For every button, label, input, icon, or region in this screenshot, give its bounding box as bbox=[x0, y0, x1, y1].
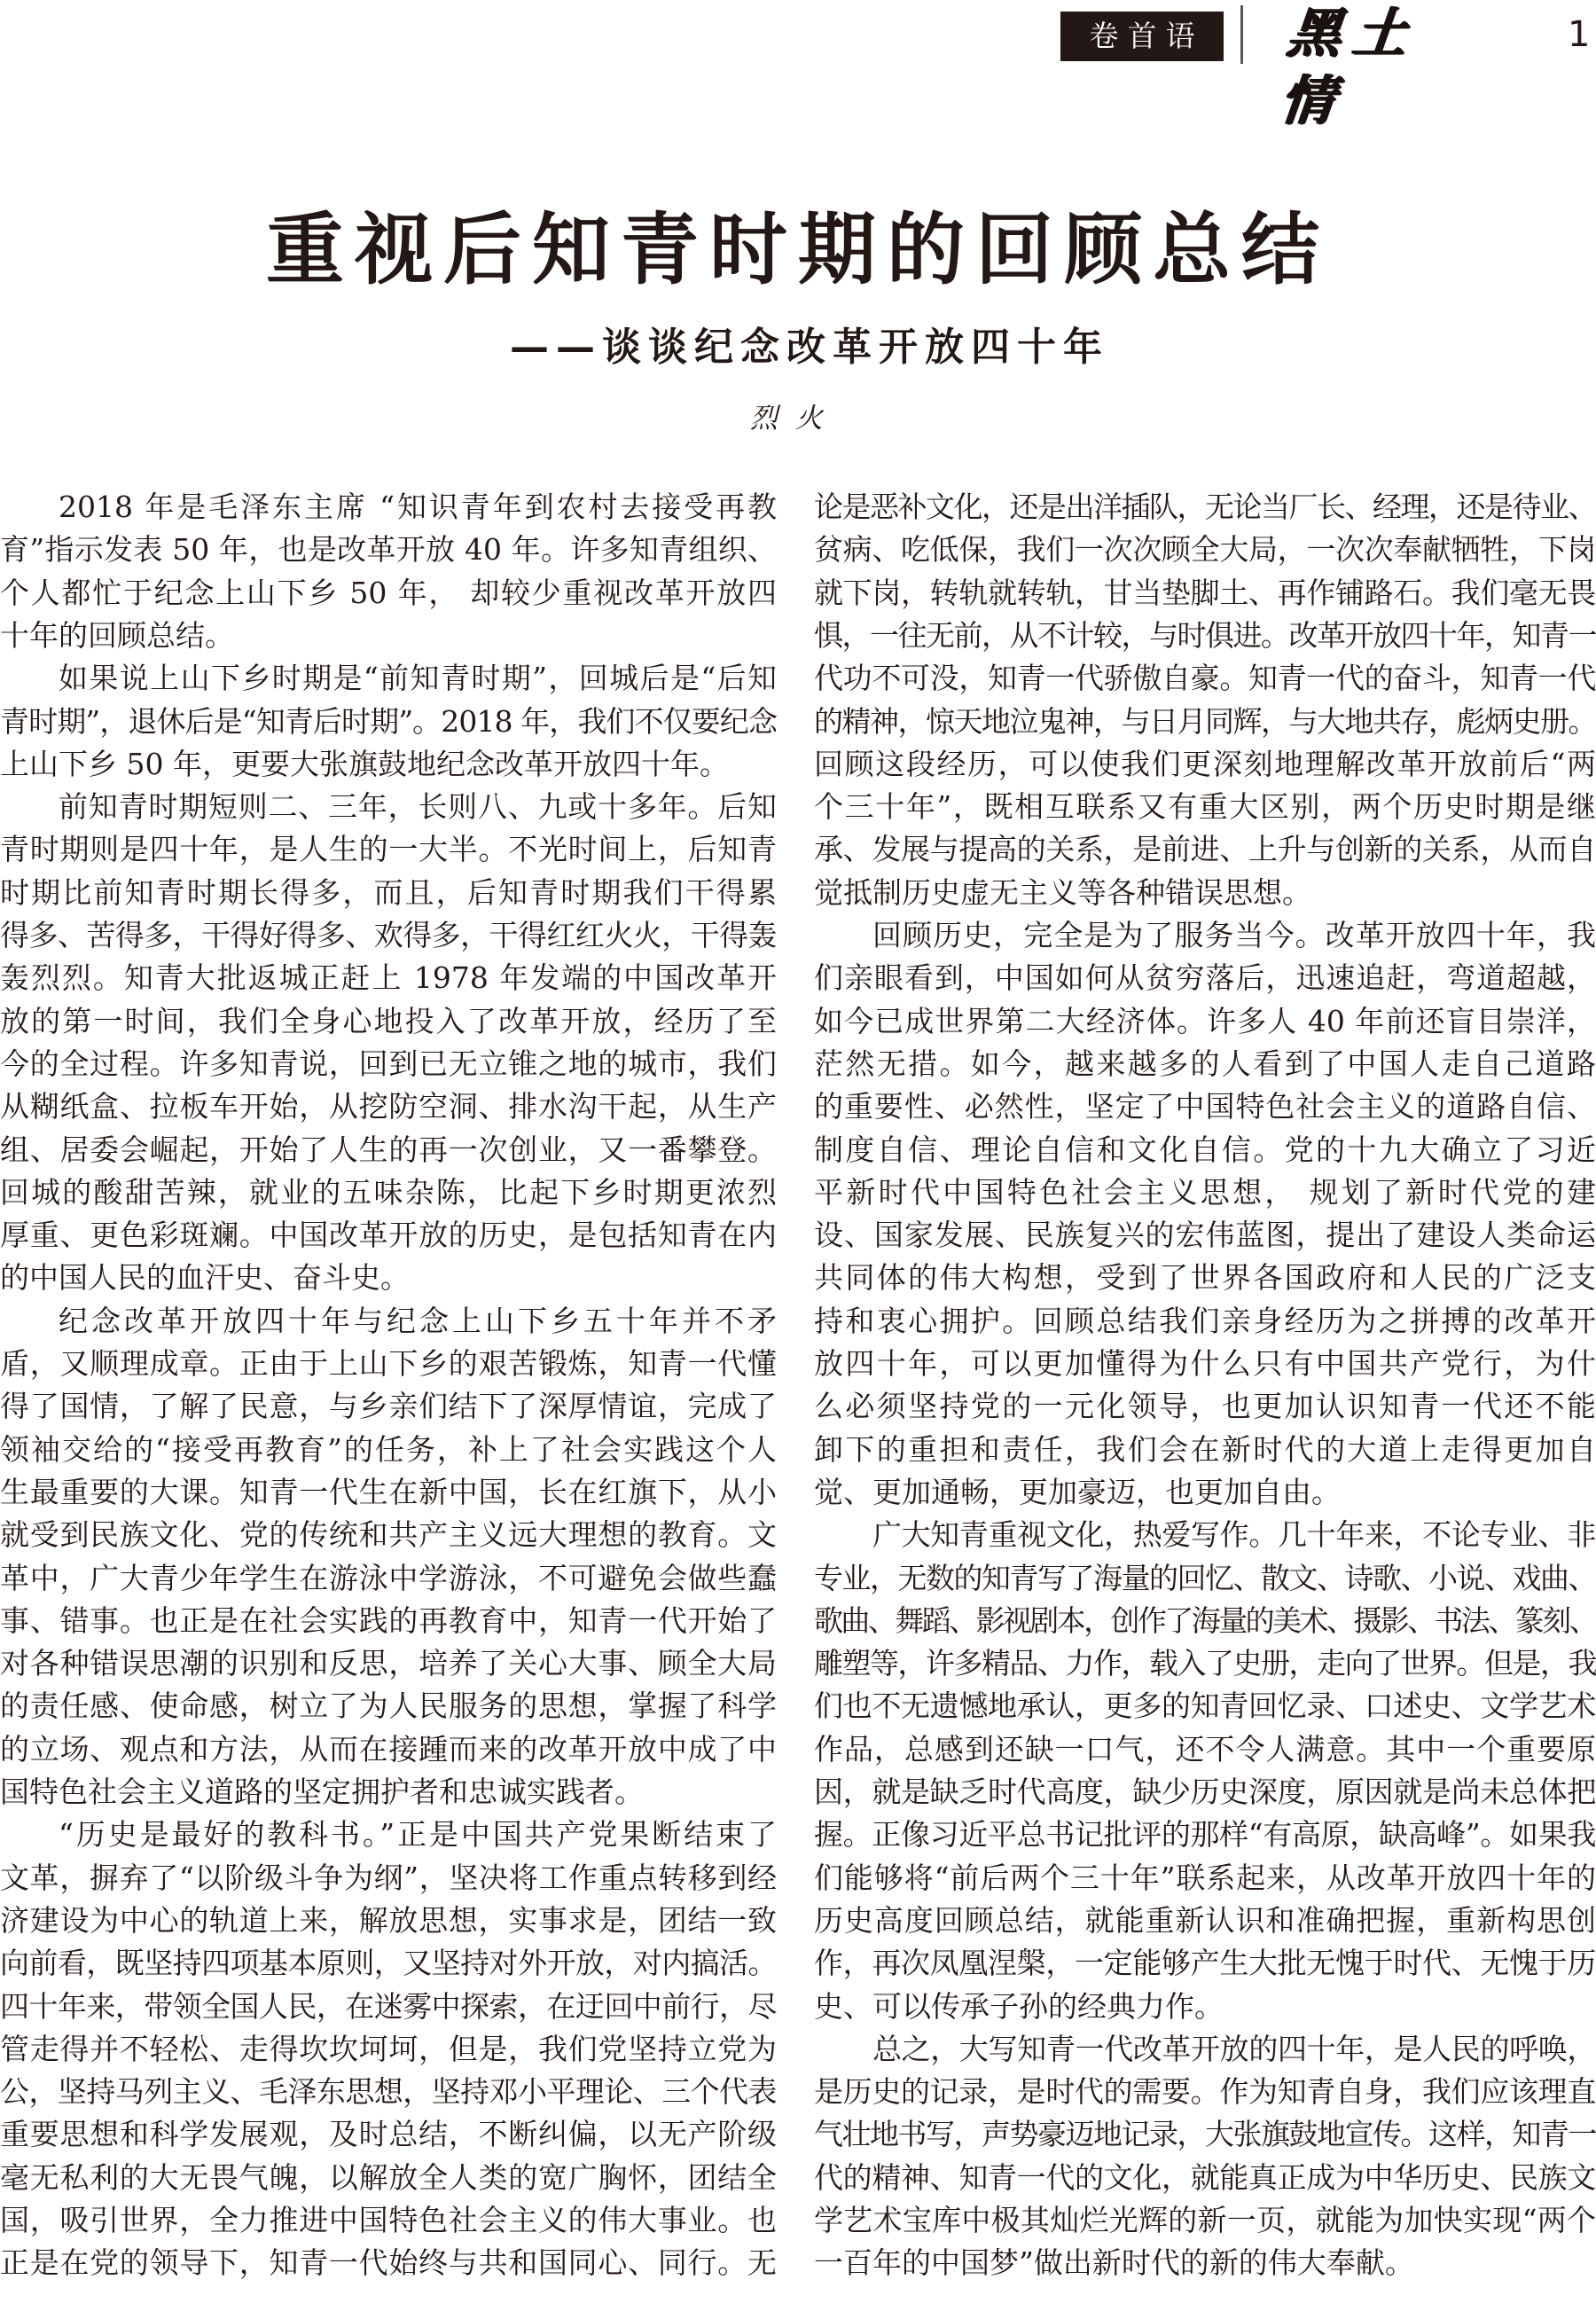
text-line: 上山下乡 50 年，更要大张旗鼓地纪念改革开放四十年。 bbox=[0, 743, 777, 786]
text-line: 气壮地书写，声势豪迈地记录，大张旗鼓地宣传。这样，知青一 bbox=[814, 2113, 1596, 2156]
text-line: 个人都忙于纪念上山下乡 50 年， 却较少重视改革开放四 bbox=[0, 572, 777, 615]
text-line: 济建设为中心的轨道上来，解放思想，实事求是，团结一致 bbox=[0, 1900, 777, 1942]
text-line: 回城的酸甜苦辣，就业的五味杂陈，比起下乡时期更浓烈 bbox=[0, 1171, 777, 1214]
text-line: 持和衷心拥护。回顾总结我们亲身经历为之拼搏的改革开 bbox=[814, 1300, 1596, 1343]
text-line: 今的全过程。许多知青说，回到已无立锥之地的城市，我们 bbox=[0, 1043, 777, 1085]
text-line: 回顾历史，完全是为了服务当今。改革开放四十年，我 bbox=[814, 914, 1596, 957]
article-author: 烈 火 bbox=[750, 399, 857, 438]
text-line: 重要思想和科学发展观，及时总结，不断纠偏，以无产阶级 bbox=[0, 2113, 777, 2156]
text-line: 个三十年”，既相互联系又有重大区别，两个历史时期是继 bbox=[814, 786, 1596, 828]
text-line: 如果说上山下乡时期是“前知青时期”，回城后是“后知 bbox=[0, 657, 777, 700]
text-line: 从糊纸盒、拉板车开始，从挖防空洞、排水沟干起，从生产 bbox=[0, 1085, 777, 1128]
text-line: 设、国家发展、民族复兴的宏伟蓝图，提出了建设人类命运 bbox=[814, 1214, 1596, 1257]
article-title: 重视后知青时期的回顾总结 bbox=[266, 200, 1348, 298]
text-line: 向前看，既坚持四项基本原则，又坚持对外开放，对内搞活。 bbox=[0, 1942, 777, 1985]
text-line: 惧，一往无前，从不计较，与时俱进。改革开放四十年，知青一 bbox=[814, 615, 1596, 657]
text-line: 是历史的记录，是时代的需要。作为知青自身，我们应该理直 bbox=[814, 2071, 1596, 2113]
text-line: 茫然无措。如今，越来越多的人看到了中国人走自己道路 bbox=[814, 1043, 1596, 1085]
text-line: 就受到民族文化、党的传统和共产主义远大理想的教育。文 bbox=[0, 1514, 777, 1556]
text-line: 论是恶补文化，还是出洋插队，无论当厂长、经理，还是待业、 bbox=[814, 486, 1596, 529]
text-line: 代功不可没，知青一代骄傲自豪。知青一代的奋斗，知青一代 bbox=[814, 657, 1596, 700]
text-line: 文革，摒弃了“以阶级斗争为纲”，坚决将工作重点转移到经 bbox=[0, 1857, 777, 1900]
text-line: 毫无私利的大无畏气魄，以解放全人类的宽广胸怀，团结全 bbox=[0, 2157, 777, 2199]
text-line: 回顾这段经历，可以使我们更深刻地理解改革开放前后“两 bbox=[814, 743, 1596, 786]
text-line: 轰烈烈。知青大批返城正赶上 1978 年发端的中国改革开 bbox=[0, 957, 777, 999]
text-line: 作，再次凤凰涅槃，一定能够产生大批无愧于时代、无愧于历 bbox=[814, 1942, 1596, 1985]
text-line: 历史高度回顾总结，就能重新认识和准确把握，重新构思创 bbox=[814, 1900, 1596, 1942]
text-line: 国特色社会主义道路的坚定拥护者和忠诚实践者。 bbox=[0, 1771, 777, 1814]
text-line: 青时期”，退休后是“知青后时期”。2018 年，我们不仅要纪念 bbox=[0, 701, 777, 743]
text-line: 的精神，惊天地泣鬼神，与日月同辉，与大地共存，彪炳史册。 bbox=[814, 701, 1596, 743]
text-line: 公，坚持马列主义、毛泽东思想，坚持邓小平理论、三个代表 bbox=[0, 2071, 777, 2113]
text-line: 觉、更加通畅，更加豪迈，也更加自由。 bbox=[814, 1471, 1596, 1514]
text-line: 对各种错误思潮的识别和反思，培养了关心大事、顾全大局 bbox=[0, 1642, 777, 1685]
text-line: 十年的回顾总结。 bbox=[0, 615, 777, 657]
text-line: 的责任感、使命感，树立了为人民服务的思想，掌握了科学 bbox=[0, 1685, 777, 1727]
text-line: 平新时代中国特色社会主义思想， 规划了新时代党的建 bbox=[814, 1171, 1596, 1214]
header-divider bbox=[1240, 5, 1243, 64]
text-line: 歌曲、舞蹈、影视剧本，创作了海量的美术、摄影、书法、篆刻、 bbox=[814, 1600, 1596, 1642]
text-line: 作品，总感到还缺一口气，还不令人满意。其中一个重要原 bbox=[814, 1728, 1596, 1771]
text-line: 放的第一时间，我们全身心地投入了改革开放，经历了至 bbox=[0, 1000, 777, 1043]
text-line: 制度自信、理论自信和文化自信。党的十九大确立了习近 bbox=[814, 1129, 1596, 1171]
text-line: 史、可以传承子孙的经典力作。 bbox=[814, 1986, 1596, 2028]
text-line: 共同体的伟大构想，受到了世界各国政府和人民的广泛支 bbox=[814, 1257, 1596, 1299]
text-line: 么必须坚持党的一元化领导，也更加认识知青一代还不能 bbox=[814, 1385, 1596, 1428]
article-subtitle: ——谈谈纪念改革开放四十年 bbox=[510, 321, 1130, 374]
text-line: 们也不无遗憾地承认，更多的知青回忆录、口述史、文学艺术 bbox=[814, 1685, 1596, 1727]
text-line: 事、错事。也正是在社会实践的再教育中，知青一代开始了 bbox=[0, 1600, 777, 1642]
text-line: 2018 年是毛泽东主席 “知识青年到农村去接受再教 bbox=[0, 486, 777, 529]
text-line: 握。正像习近平总书记批评的那样“有高原，缺高峰”。如果我 bbox=[814, 1814, 1596, 1856]
text-line: 国，吸引世界，全力推进中国特色社会主义的伟大事业。也 bbox=[0, 2199, 777, 2242]
text-line: 青时期则是四十年，是人生的一大半。不光时间上，后知青 bbox=[0, 828, 777, 871]
text-line: 的重要性、必然性，坚定了中国特色社会主义的道路自信、 bbox=[814, 1085, 1596, 1128]
text-line: “历史是最好的教科书。”正是中国共产党果断结束了 bbox=[0, 1814, 777, 1856]
text-line: 正是在党的领导下，知青一代始终与共和国同心、同行。无 bbox=[0, 2242, 777, 2284]
text-line: 雕塑等，许多精品、力作，载入了史册，走向了世界。但是，我 bbox=[814, 1642, 1596, 1685]
text-line: 得了国情，了解了民意，与乡亲们结下了深厚情谊，完成了 bbox=[0, 1385, 777, 1428]
text-line: 四十年来，带领全国人民，在迷雾中探索，在迂回中前行，尽 bbox=[0, 1986, 777, 2028]
text-line: 们能够将“前后两个三十年”联系起来，从改革开放四十年的 bbox=[814, 1857, 1596, 1900]
text-line: 育”指示发表 50 年，也是改革开放 40 年。许多知青组织、 bbox=[0, 529, 777, 571]
text-line: 总之，大写知青一代改革开放的四十年，是人民的呼唤， bbox=[814, 2028, 1596, 2071]
text-line: 管走得并不轻松、走得坎坎坷坷，但是，我们党坚持立党为 bbox=[0, 2028, 777, 2071]
text-line: 革中，广大青少年学生在游泳中学游泳，不可避免会做些蠢 bbox=[0, 1557, 777, 1600]
text-line: 一百年的中国梦”做出新时代的新的伟大奉献。 bbox=[814, 2242, 1596, 2284]
text-line: 领袖交给的“接受再教育”的任务，补上了社会实践这个人 bbox=[0, 1429, 777, 1471]
text-line: 得多、苦得多，干得好得多、欢得多，干得红红火火，干得轰 bbox=[0, 914, 777, 957]
text-line: 承、发展与提高的关系，是前进、上升与创新的关系，从而自 bbox=[814, 828, 1596, 871]
text-line: 觉抵制历史虚无主义等各种错误思想。 bbox=[814, 872, 1596, 914]
text-line: 放四十年，可以更加懂得为什么只有中国共产党行，为什 bbox=[814, 1343, 1596, 1385]
text-line: 卸下的重担和责任，我们会在新时代的大道上走得更加自 bbox=[814, 1429, 1596, 1471]
text-line: 盾，又顺理成章。正由于上山下乡的艰苦锻炼，知青一代懂 bbox=[0, 1343, 777, 1385]
page-number: 1 bbox=[1568, 12, 1596, 57]
text-line: 学艺术宝库中极其灿烂光辉的新一页，就能为加快实现“两个 bbox=[814, 2199, 1596, 2242]
text-line: 代的精神、知青一代的文化，就能真正成为中华历史、民族文 bbox=[814, 2157, 1596, 2199]
text-line: 广大知青重视文化，热爱写作。几十年来，不论专业、非 bbox=[814, 1514, 1596, 1556]
text-line: 厚重、更色彩斑斓。中国改革开放的历史，是包括知青在内 bbox=[0, 1214, 777, 1257]
text-line: 专业，无数的知青写了海量的回忆、散文、诗歌、小说、戏曲、 bbox=[814, 1557, 1596, 1600]
text-line: 贫病、吃低保，我们一次次顾全大局，一次次奉献牺牲，下岗 bbox=[814, 529, 1596, 571]
text-line: 纪念改革开放四十年与纪念上山下乡五十年并不矛 bbox=[0, 1300, 777, 1343]
text-line: 因，就是缺乏时代高度，缺少历史深度，原因就是尚未总体把 bbox=[814, 1771, 1596, 1814]
text-line: 如今已成世界第二大经济体。许多人 40 年前还盲目崇洋， bbox=[814, 1000, 1596, 1043]
text-line: 们亲眼看到，中国如何从贫穷落后，迅速追赶，弯道超越， bbox=[814, 957, 1596, 999]
section-badge: 卷首语 bbox=[1060, 12, 1224, 61]
text-line: 就下岗，转轨就转轨，甘当垫脚土、再作铺路石。我们毫无畏 bbox=[814, 572, 1596, 615]
text-line: 的立场、观点和方法，从而在接踵而来的改革开放中成了中 bbox=[0, 1728, 777, 1771]
text-line: 生最重要的大课。知青一代生在新中国，长在红旗下，从小 bbox=[0, 1471, 777, 1514]
text-line: 组、居委会崛起，开始了人生的再一次创业，又一番攀登。 bbox=[0, 1129, 777, 1171]
magazine-logo: 黑土情 bbox=[1284, 0, 1477, 67]
text-line: 时期比前知青时期长得多，而且，后知青时期我们干得累 bbox=[0, 872, 777, 914]
text-line: 的中国人民的血汗史、奋斗史。 bbox=[0, 1257, 777, 1299]
text-line: 前知青时期短则二、三年，长则八、九或十多年。后知 bbox=[0, 786, 777, 828]
